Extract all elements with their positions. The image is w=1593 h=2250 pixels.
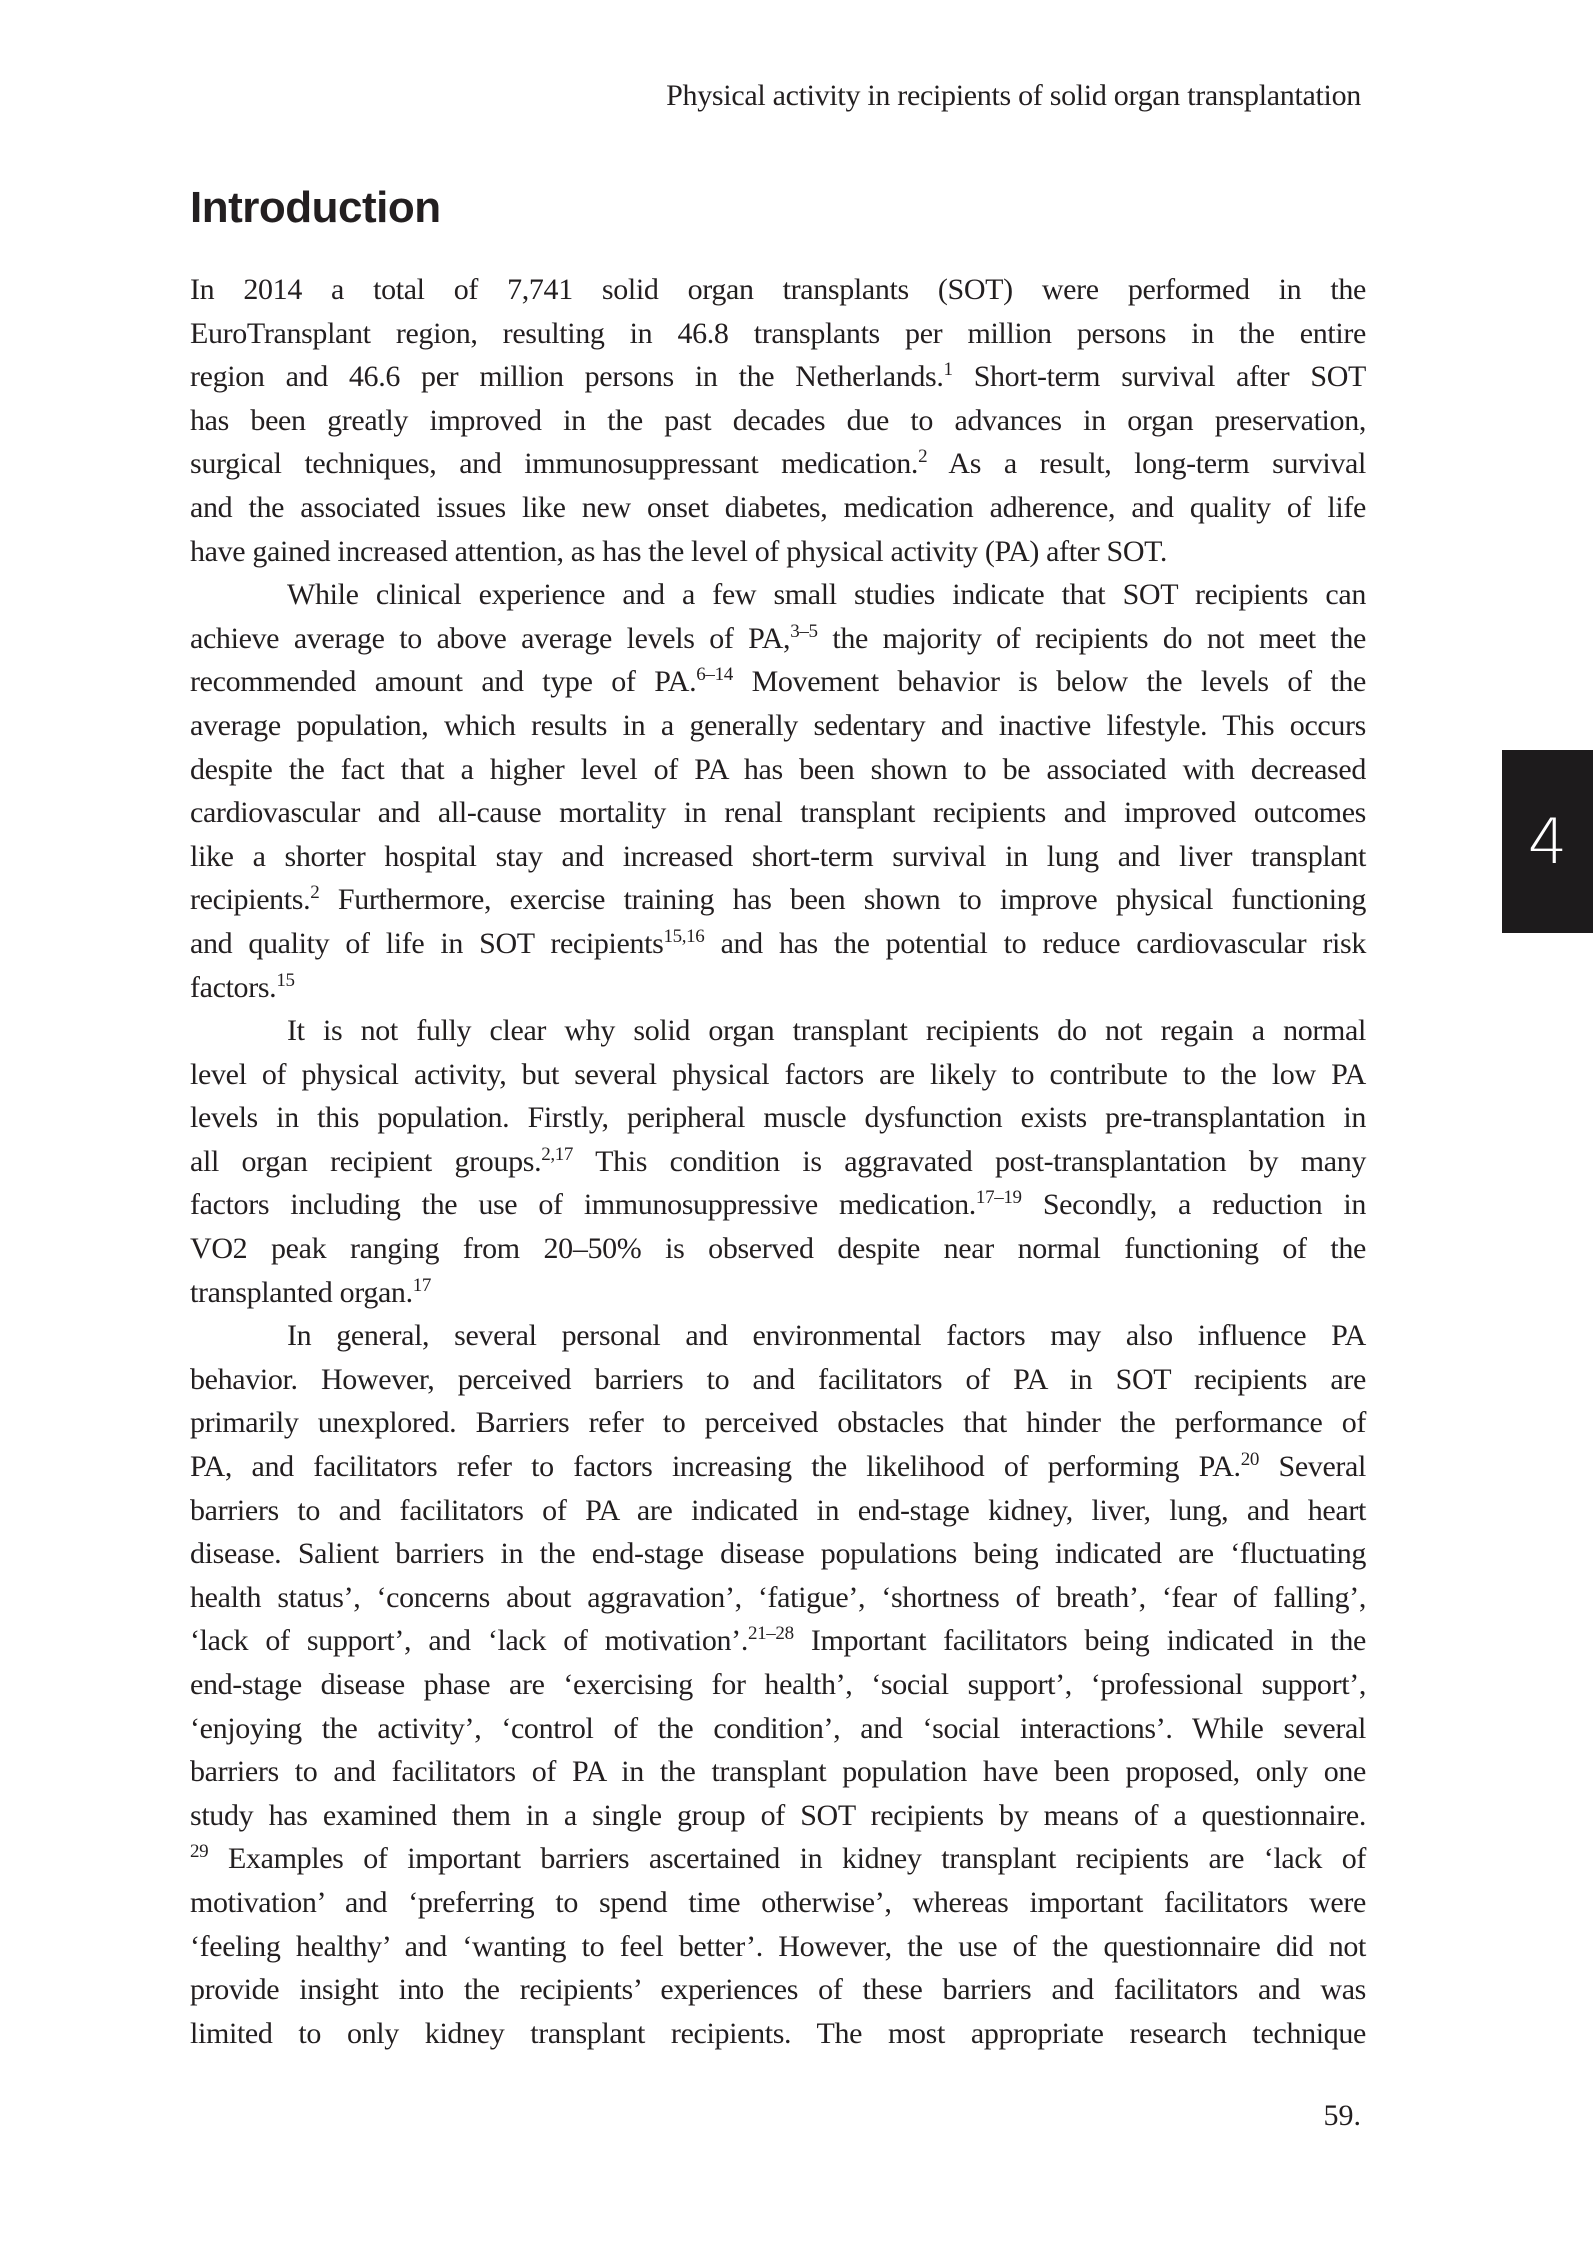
text-line: factors.15 xyxy=(190,966,1366,1010)
chapter-thumb-tab: 4 xyxy=(1502,750,1593,933)
citation-superscript: 29 xyxy=(190,1841,208,1862)
text-segment: factors including the use of immunosuppr… xyxy=(190,1188,976,1221)
text-line: ‘feeling healthy’ and ‘wanting to feel b… xyxy=(190,1925,1366,1969)
text-line: average population, which results in a g… xyxy=(190,704,1366,748)
text-line: transplanted organ.17 xyxy=(190,1271,1366,1315)
running-header-title: Physical activity in recipients of solid… xyxy=(666,76,1361,116)
section-heading: Introduction xyxy=(190,180,441,236)
text-line: 29 Examples of important barriers ascert… xyxy=(190,1837,1366,1881)
paragraph: In 2014 a total of 7,741 solid organ tra… xyxy=(190,268,1366,573)
text-line: In general, several personal and environ… xyxy=(190,1314,1366,1358)
text-segment: like a shorter hospital stay and increas… xyxy=(190,840,1366,873)
text-line: factors including the use of immunosuppr… xyxy=(190,1183,1366,1227)
text-segment: transplanted organ. xyxy=(190,1276,413,1309)
text-segment: This condition is aggravated post-transp… xyxy=(573,1145,1366,1178)
citation-superscript: 15,16 xyxy=(663,926,704,947)
text-line: achieve average to above average levels … xyxy=(190,617,1366,661)
text-segment: and the associated issues like new onset… xyxy=(190,491,1366,524)
text-segment: and quality of life in SOT recipients xyxy=(190,927,663,960)
citation-superscript: 21–28 xyxy=(748,1623,794,1644)
text-segment: limited to only kidney transplant recipi… xyxy=(190,2017,1366,2050)
text-segment: Short-term survival after SOT xyxy=(953,360,1366,393)
text-segment: Furthermore, exercise training has been … xyxy=(319,883,1366,916)
citation-superscript: 3–5 xyxy=(790,621,817,642)
text-line: despite the fact that a higher level of … xyxy=(190,748,1366,792)
text-segment: Examples of important barriers ascertain… xyxy=(208,1842,1366,1875)
text-segment: motivation’ and ‘preferring to spend tim… xyxy=(190,1886,1366,1919)
text-line: levels in this population. Firstly, peri… xyxy=(190,1096,1366,1140)
citation-superscript: 2,17 xyxy=(541,1144,573,1165)
text-segment: achieve average to above average levels … xyxy=(190,622,790,655)
text-segment: level of physical activity, but several … xyxy=(190,1058,1366,1091)
text-line: In 2014 a total of 7,741 solid organ tra… xyxy=(190,268,1366,312)
text-segment: average population, which results in a g… xyxy=(190,709,1366,742)
text-line: provide insight into the recipients’ exp… xyxy=(190,1968,1366,2012)
text-line: cardiovascular and all-cause mortality i… xyxy=(190,791,1366,835)
text-line: disease. Salient barriers in the end-sta… xyxy=(190,1532,1366,1576)
text-segment: Secondly, a reduction in xyxy=(1022,1188,1366,1221)
text-line: health status’, ‘concerns about aggravat… xyxy=(190,1576,1366,1620)
text-segment: study has examined them in a single grou… xyxy=(190,1799,1366,1832)
text-segment: Movement behavior is below the levels of… xyxy=(733,665,1366,698)
text-line: has been greatly improved in the past de… xyxy=(190,399,1366,443)
text-line: While clinical experience and a few smal… xyxy=(190,573,1366,617)
text-segment: As a result, long-term survival xyxy=(927,447,1366,480)
text-segment: factors. xyxy=(190,971,276,1004)
citation-superscript: 17–19 xyxy=(976,1187,1022,1208)
text-segment: surgical techniques, and immunosuppressa… xyxy=(190,447,918,480)
text-segment: Several xyxy=(1259,1450,1366,1483)
citation-superscript: 20 xyxy=(1241,1449,1259,1470)
text-segment: PA, and facilitators refer to factors in… xyxy=(190,1450,1241,1483)
text-line: and quality of life in SOT recipients15,… xyxy=(190,922,1366,966)
text-segment: While clinical experience and a few smal… xyxy=(287,578,1366,611)
text-line: motivation’ and ‘preferring to spend tim… xyxy=(190,1881,1366,1925)
text-segment: despite the fact that a higher level of … xyxy=(190,753,1366,786)
paragraph: In general, several personal and environ… xyxy=(190,1314,1366,2055)
text-segment: VO2 peak ranging from 20–50% is observed… xyxy=(190,1232,1366,1265)
text-segment: levels in this population. Firstly, peri… xyxy=(190,1101,1366,1134)
page-number: 59. xyxy=(1324,2096,1362,2136)
text-line: region and 46.6 per million persons in t… xyxy=(190,355,1366,399)
text-segment: behavior. However, perceived barriers to… xyxy=(190,1363,1366,1396)
citation-superscript: 6–14 xyxy=(696,664,733,685)
citation-superscript: 17 xyxy=(413,1275,431,1296)
text-line: have gained increased attention, as has … xyxy=(190,530,1366,574)
text-segment: primarily unexplored. Barriers refer to … xyxy=(190,1406,1366,1439)
text-segment: has been greatly improved in the past de… xyxy=(190,404,1366,437)
text-segment: health status’, ‘concerns about aggravat… xyxy=(190,1581,1366,1614)
text-line: level of physical activity, but several … xyxy=(190,1053,1366,1097)
text-line: EuroTransplant region, resulting in 46.8… xyxy=(190,312,1366,356)
text-segment: Important facilitators being indicated i… xyxy=(794,1624,1366,1657)
text-segment: ‘feeling healthy’ and ‘wanting to feel b… xyxy=(190,1930,1366,1963)
text-line: PA, and facilitators refer to factors in… xyxy=(190,1445,1366,1489)
text-line: like a shorter hospital stay and increas… xyxy=(190,835,1366,879)
text-line: limited to only kidney transplant recipi… xyxy=(190,2012,1366,2056)
article-body: In 2014 a total of 7,741 solid organ tra… xyxy=(190,268,1366,2055)
text-line: recipients.2 Furthermore, exercise train… xyxy=(190,878,1366,922)
text-line: barriers to and facilitators of PA are i… xyxy=(190,1489,1366,1533)
text-segment: the majority of recipients do not meet t… xyxy=(818,622,1366,655)
text-segment: region and 46.6 per million persons in t… xyxy=(190,360,943,393)
text-line: barriers to and facilitators of PA in th… xyxy=(190,1750,1366,1794)
text-segment: recommended amount and type of PA. xyxy=(190,665,696,698)
text-line: recommended amount and type of PA.6–14 M… xyxy=(190,660,1366,704)
text-line: and the associated issues like new onset… xyxy=(190,486,1366,530)
text-line: behavior. However, perceived barriers to… xyxy=(190,1358,1366,1402)
citation-superscript: 2 xyxy=(918,446,927,467)
text-line: primarily unexplored. Barriers refer to … xyxy=(190,1401,1366,1445)
text-segment: cardiovascular and all-cause mortality i… xyxy=(190,796,1366,829)
text-line: study has examined them in a single grou… xyxy=(190,1794,1366,1838)
text-segment: end-stage disease phase are ‘exercising … xyxy=(190,1668,1366,1701)
text-line: surgical techniques, and immunosuppressa… xyxy=(190,442,1366,486)
text-line: end-stage disease phase are ‘exercising … xyxy=(190,1663,1366,1707)
text-line: all organ recipient groups.2,17 This con… xyxy=(190,1140,1366,1184)
text-line: VO2 peak ranging from 20–50% is observed… xyxy=(190,1227,1366,1271)
text-segment: disease. Salient barriers in the end-sta… xyxy=(190,1537,1366,1570)
text-segment: ‘enjoying the activity’, ‘control of the… xyxy=(190,1712,1366,1745)
text-segment: In general, several personal and environ… xyxy=(287,1319,1366,1352)
citation-superscript: 1 xyxy=(943,359,952,380)
text-segment: barriers to and facilitators of PA in th… xyxy=(190,1755,1366,1788)
text-segment: recipients. xyxy=(190,883,310,916)
citation-superscript: 15 xyxy=(276,970,294,991)
text-segment: EuroTransplant region, resulting in 46.8… xyxy=(190,317,1366,350)
text-segment: barriers to and facilitators of PA are i… xyxy=(190,1494,1366,1527)
text-segment: In 2014 a total of 7,741 solid organ tra… xyxy=(190,273,1366,306)
text-line: It is not fully clear why solid organ tr… xyxy=(190,1009,1366,1053)
text-segment: and has the potential to reduce cardiova… xyxy=(704,927,1366,960)
text-segment: provide insight into the recipients’ exp… xyxy=(190,1973,1366,2006)
text-segment: all organ recipient groups. xyxy=(190,1145,541,1178)
paragraph: It is not fully clear why solid organ tr… xyxy=(190,1009,1366,1314)
text-segment: ‘lack of support’, and ‘lack of motivati… xyxy=(190,1624,748,1657)
paragraph: While clinical experience and a few smal… xyxy=(190,573,1366,1009)
text-segment: It is not fully clear why solid organ tr… xyxy=(287,1014,1366,1047)
text-segment: have gained increased attention, as has … xyxy=(190,535,1167,568)
text-line: ‘enjoying the activity’, ‘control of the… xyxy=(190,1707,1366,1751)
text-line: ‘lack of support’, and ‘lack of motivati… xyxy=(190,1619,1366,1663)
chapter-number: 4 xyxy=(1528,811,1567,873)
